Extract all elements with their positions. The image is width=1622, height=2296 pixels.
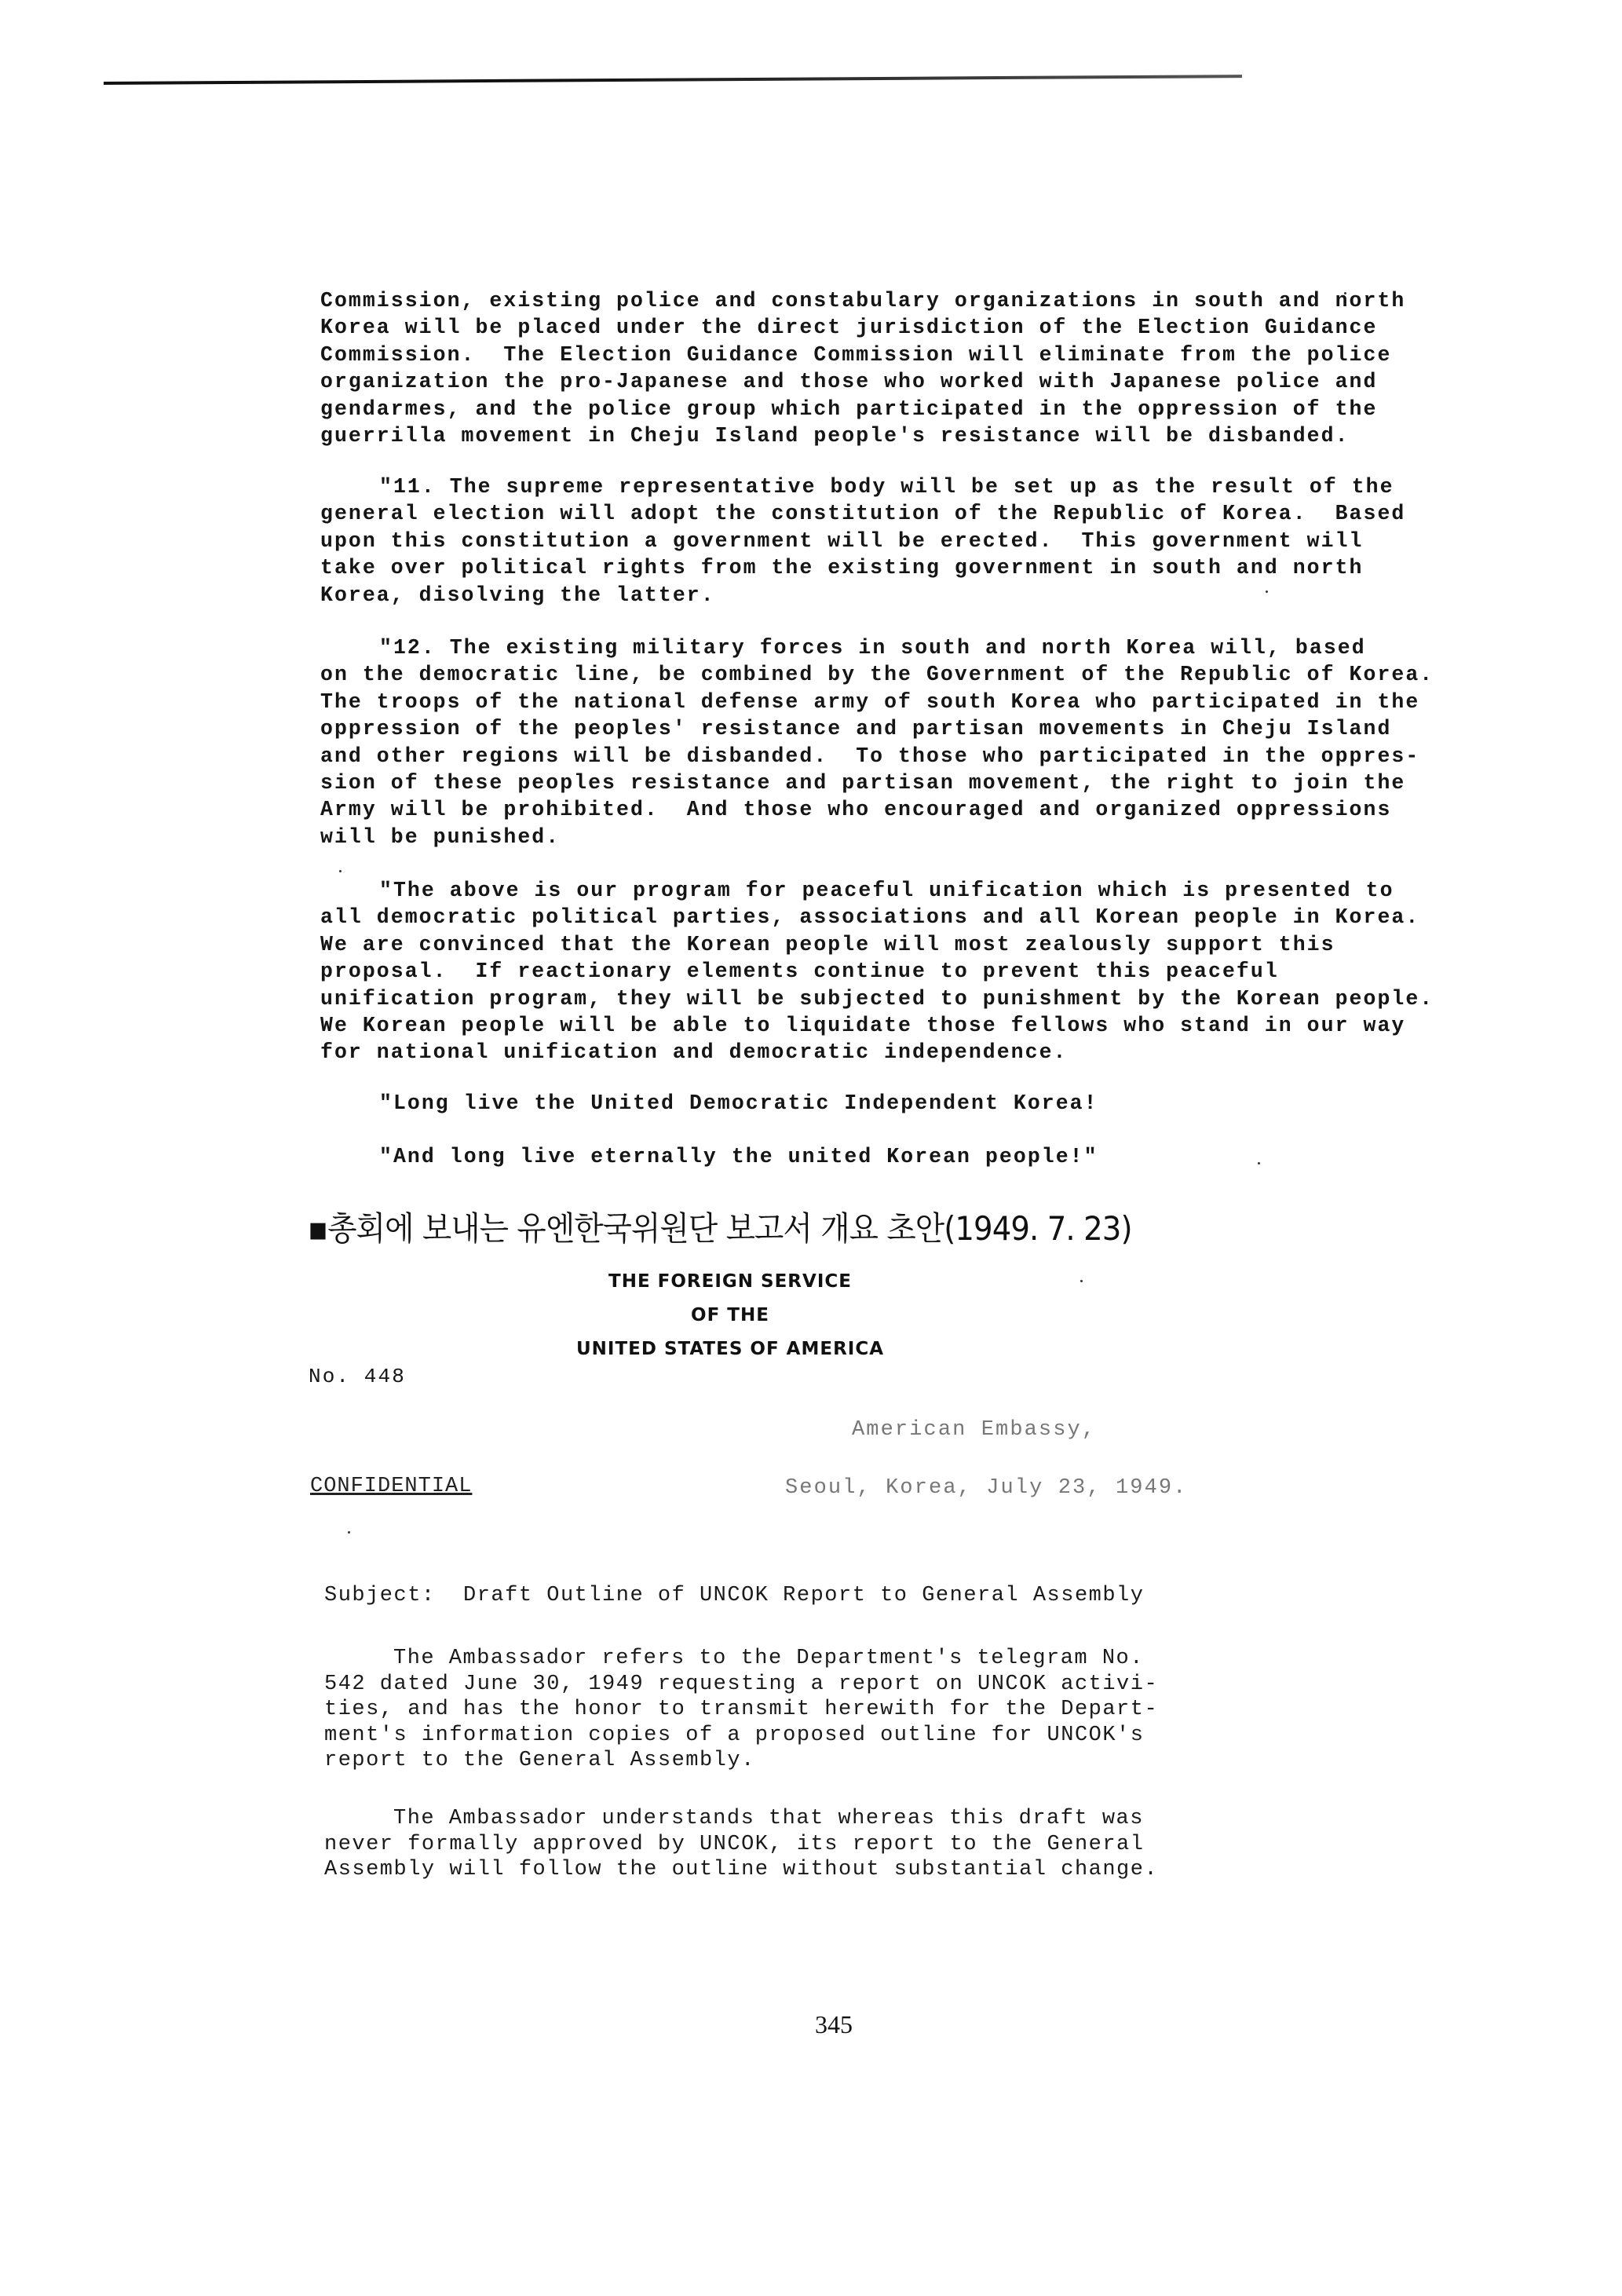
text-line: never formally approved by UNCOK, its re… [324, 1832, 1158, 1858]
paragraph-12: "12. The existing military forces in sou… [320, 634, 1434, 850]
text-line: 542 dated June 30, 1949 requesting a rep… [324, 1672, 1158, 1698]
text-line: general election will adopt the constitu… [320, 500, 1405, 527]
text-line: guerrilla movement in Cheju Island peopl… [320, 422, 1405, 449]
letterhead-line-2: OF THE [495, 1305, 966, 1325]
top-scan-rule [104, 75, 1242, 85]
scan-speck [1258, 1162, 1260, 1164]
paragraph-program: "The above is our program for peaceful u… [320, 877, 1434, 1066]
text-line: The troops of the national defense army … [320, 689, 1434, 715]
sender: American Embassy, [852, 1418, 1096, 1442]
section-heading: ▪총회에 보내는 유엔한국위원단 보고서 개요 초안(1949. 7. 23) [308, 1203, 1132, 1250]
slogan-2: "And long live eternally the united Kore… [320, 1143, 1098, 1170]
text-line: We are convinced that the Korean people … [320, 931, 1434, 958]
text-line: on the democratic line, be combined by t… [320, 661, 1434, 688]
text-line: all democratic political parties, associ… [320, 904, 1434, 930]
letterhead-line-1: THE FOREIGN SERVICE [495, 1271, 966, 1292]
letterhead-line-3: UNITED STATES OF AMERICA [495, 1339, 966, 1359]
text-line: "12. The existing military forces in sou… [320, 634, 1434, 661]
subject-text: Subject: Draft Outline of UNCOK Report t… [324, 1583, 1144, 1609]
text-line: "11. The supreme representative body wil… [320, 473, 1405, 500]
text-line: unification program, they will be subjec… [320, 985, 1434, 1012]
document-page: Commission, existing police and constabu… [0, 0, 1622, 2296]
despatch-number: No. 448 [309, 1365, 406, 1388]
scan-speck [348, 1531, 350, 1534]
text-line: ment's information copies of a proposed … [324, 1723, 1158, 1749]
text-line: sion of these peoples resistance and par… [320, 770, 1434, 796]
slogan-1: "Long live the United Democratic Indepen… [320, 1090, 1098, 1117]
classification-label: CONFIDENTIAL [310, 1475, 472, 1498]
text-line: oppression of the peoples' resistance an… [320, 715, 1434, 742]
text-line: Korea will be placed under the direct ju… [320, 314, 1405, 341]
text-line: Army will be prohibited. And those who e… [320, 796, 1434, 823]
scan-speck [339, 870, 342, 872]
text-line: organization the pro-Japanese and those … [320, 368, 1405, 395]
text-line: for national unification and democratic … [320, 1039, 1434, 1066]
text-line: The Ambassador understands that whereas … [324, 1806, 1158, 1832]
text-line: will be punished. [320, 824, 1434, 850]
text-line: Commission. The Election Guidance Commis… [320, 342, 1405, 368]
place-date: Seoul, Korea, July 23, 1949. [785, 1476, 1187, 1500]
text-line: Assembly will follow the outline without… [324, 1857, 1158, 1883]
text-line: ties, and has the honor to transmit here… [324, 1697, 1158, 1723]
scan-speck [1344, 292, 1346, 294]
paragraph-11: "11. The supreme representative body wil… [320, 473, 1405, 609]
text-line: The Ambassador refers to the Department'… [324, 1646, 1158, 1672]
text-line: and other regions will be disbanded. To … [320, 743, 1434, 770]
text-line: proposal. If reactionary elements contin… [320, 958, 1434, 985]
page-number: 345 [815, 2010, 853, 2039]
body-paragraph-1: The Ambassador refers to the Department'… [324, 1646, 1158, 1774]
text-line: Korea, disolving the latter. [320, 582, 1405, 609]
text-line: take over political rights from the exis… [320, 554, 1405, 581]
subject-line: Subject: Draft Outline of UNCOK Report t… [324, 1583, 1144, 1609]
text-line: "The above is our program for peaceful u… [320, 877, 1434, 904]
continued-paragraph: Commission, existing police and constabu… [320, 287, 1405, 449]
text-line: "And long live eternally the united Kore… [320, 1143, 1098, 1170]
text-line: We Korean people will be able to liquida… [320, 1012, 1434, 1039]
scan-speck [1266, 590, 1268, 593]
text-line: Commission, existing police and constabu… [320, 287, 1405, 314]
scan-speck [1080, 1280, 1083, 1282]
text-line: report to the General Assembly. [324, 1748, 1158, 1774]
text-line: "Long live the United Democratic Indepen… [320, 1090, 1098, 1117]
text-line: gendarmes, and the police group which pa… [320, 396, 1405, 422]
text-line: upon this constitution a government will… [320, 528, 1405, 554]
body-paragraph-2: The Ambassador understands that whereas … [324, 1806, 1158, 1883]
